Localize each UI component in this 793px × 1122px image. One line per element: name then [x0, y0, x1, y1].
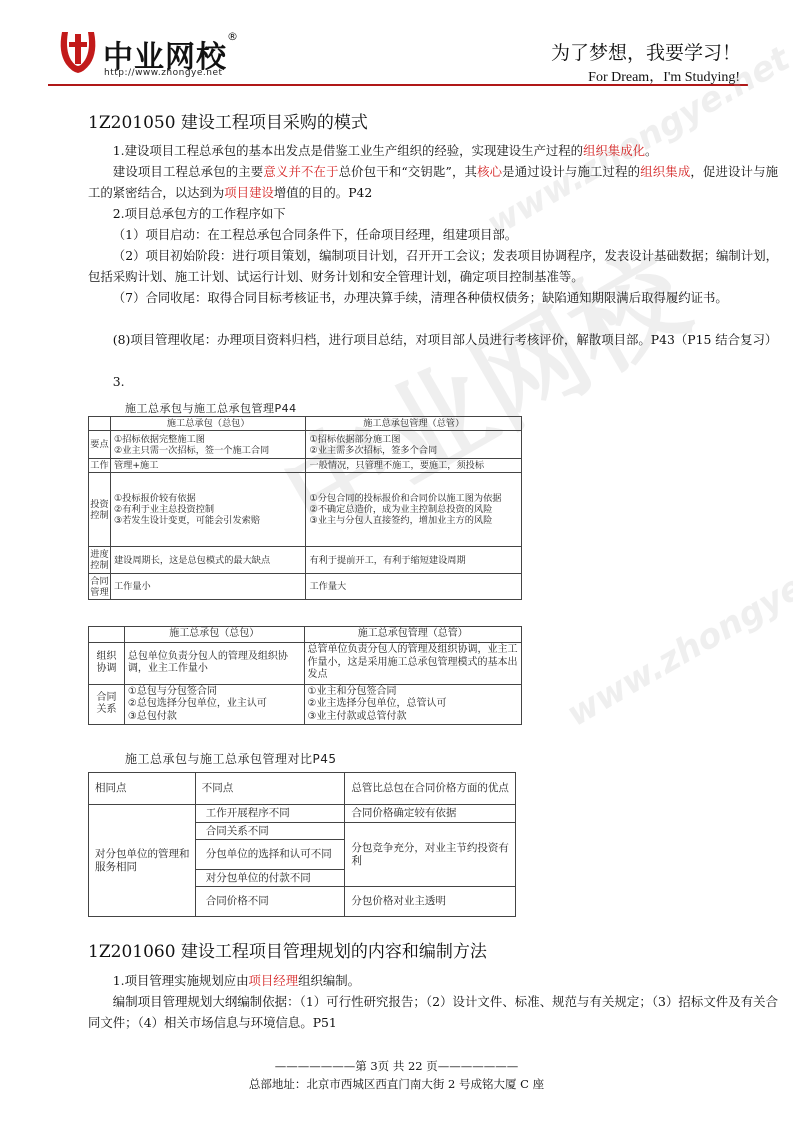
table-cell: 总包单位负责分包人的管理及组织协调，业主工作量小	[124, 642, 304, 684]
row-label: 投资 控制	[89, 473, 111, 547]
difference-cell: 合同价格不同	[195, 887, 345, 917]
column-header: 总管比总包在合同价格方面的优点	[345, 773, 516, 805]
difference-cell: 工作开展程序不同	[195, 805, 345, 823]
table-row: 合同 管理 工作量小 工作量大	[89, 574, 522, 600]
table-cell: 有利于提前开工，有利于缩短建设周期	[306, 547, 522, 574]
highlight-text: 核心	[477, 164, 502, 179]
table-cell: ①分包合同的投标报价和合同价以施工图为依据 ②不确定总造价，成为业主控制总投资的…	[306, 473, 522, 547]
table-cell: ①投标报价较有依据 ②有利于业主总投资控制 ③若发生设计变更，可能会引发索赔	[110, 473, 306, 547]
highlight-text: 项目经理	[249, 973, 299, 988]
highlight-text: 组织集成	[640, 164, 690, 179]
table-row: 工作 管理+施工 一般情况，只管理不施工，要施工，须投标	[89, 459, 522, 473]
paragraph-3: 2.项目总承包方的工作程序如下	[88, 203, 778, 224]
difference-cell: 合同关系不同	[195, 823, 345, 840]
table-header-row: 施工总承包（总包） 施工总承包管理（总管）	[89, 417, 522, 431]
table-row: 对分包单位的管理和服务相同 工作开展程序不同 合同价格确定较有依据	[89, 805, 516, 823]
paragraph-2: 建设项目工程总承包的主要意义并不在于总价包干和“交钥匙”，其核心是通过设计与施工…	[88, 161, 778, 203]
table3-title: 施工总承包与施工总承包管理对比P45	[125, 750, 337, 767]
section-title-1z201050: 1Z201050 建设工程项目采购的模式	[88, 108, 368, 133]
table-cell: 一般情况，只管理不施工，要施工，须投标	[306, 459, 522, 473]
table-cell: ①业主和分包签合同 ②业主选择分包单位，总管认可 ③业主付款或总管付款	[304, 684, 522, 725]
section-title-1z201060: 1Z201060 建设工程项目管理规划的内容和编制方法	[88, 937, 487, 962]
advantage-cell: 分包价格对业主透明	[345, 887, 516, 917]
page-number: ———————第 3页 共 22 页———————	[0, 1058, 793, 1074]
column-header: 相同点	[89, 773, 196, 805]
highlight-text: 项目建设	[224, 185, 274, 200]
paragraph-5: （2）项目初始阶段：进行项目策划，编制项目计划，召开开工会议；发表项目协调程序，…	[88, 245, 778, 287]
table-header-row: 施工总承包（总包） 施工总承包管理（总管）	[89, 627, 522, 643]
table-cell: 总管单位负责分包人的管理及组织协调，业主工作量小，这是采用施工总承包管理模式的基…	[304, 642, 522, 684]
row-label: 合同 管理	[89, 574, 111, 600]
table-cell: ①招标依据部分施工图 ②业主需多次招标，签多个合同	[306, 431, 522, 459]
table-row: 合同 关系 ①总包与分包签合同 ②总包选择分包单位，业主认可 ③总包付款 ①业主…	[89, 684, 522, 725]
table-row: 要点 ①招标依据完整施工图 ②业主只需一次招标，签一个施工合同 ①招标依据部分施…	[89, 431, 522, 459]
table-cell: ①总包与分包签合同 ②总包选择分包单位，业主认可 ③总包付款	[124, 684, 304, 725]
table-header-row: 相同点 不同点 总管比总包在合同价格方面的优点	[89, 773, 516, 805]
column-header: 施工总承包（总包）	[110, 417, 306, 431]
advantage-cell: 分包竞争充分，对业主节约投资有利	[345, 823, 516, 887]
table1-title: 施工总承包与施工总承包管理P44	[125, 400, 297, 416]
column-header: 施工总承包管理（总管）	[306, 417, 522, 431]
paragraph-4: （1）项目启动：在工程总承包合同条件下，任命项目经理，组建项目部。	[88, 224, 778, 245]
column-header: 施工总承包（总包）	[124, 627, 304, 643]
table-cell: ①招标依据完整施工图 ②业主只需一次招标，签一个施工合同	[110, 431, 306, 459]
column-header: 不同点	[195, 773, 345, 805]
column-header: 施工总承包管理（总管）	[304, 627, 522, 643]
logo-icon	[58, 30, 98, 74]
advantage-cell: 合同价格确定较有依据	[345, 805, 516, 823]
difference-cell: 对分包单位的付款不同	[195, 870, 345, 887]
row-label: 进度 控制	[89, 547, 111, 574]
paragraph-7: (8)项目管理收尾：办理项目资料归档，进行项目总结，对项目部人员进行考核评价，解…	[88, 329, 778, 350]
paragraph-9: 1.项目管理实施规划应由项目经理组织编制。	[88, 970, 778, 991]
table-coordination-contract: 施工总承包（总包） 施工总承包管理（总管） 组织 协调 总包单位负责分包人的管理…	[88, 626, 522, 725]
table-row: 进度 控制 建设周期长，这是总包模式的最大缺点 有利于提前开工，有利于缩短建设周…	[89, 547, 522, 574]
paragraph-8: 3.	[88, 371, 778, 392]
row-label: 合同 关系	[89, 684, 125, 725]
table-row: 投资 控制 ①投标报价较有依据 ②有利于业主总投资控制 ③若发生设计变更，可能会…	[89, 473, 522, 547]
table-cell: 工作量小	[110, 574, 306, 600]
paragraph-1: 1.建设项目工程总承包的基本出发点是借鉴工业生产组织的经验，实现建设生产过程的组…	[88, 140, 778, 161]
table-cell: 工作量大	[306, 574, 522, 600]
difference-cell: 分包单位的选择和认可不同	[195, 840, 345, 870]
header-divider	[48, 84, 748, 86]
paragraph-10: 编制项目管理规划大纲编制依据：（1）可行性研究报告；（2）设计文件、标准、规范与…	[88, 991, 778, 1033]
paragraph-6: （7）合同收尾：取得合同目标考核证书，办理决算手续，清理各种债权债务；缺陷通知期…	[88, 287, 778, 308]
table-comparison-p45: 相同点 不同点 总管比总包在合同价格方面的优点 对分包单位的管理和服务相同 工作…	[88, 772, 516, 917]
table-cell: 管理+施工	[110, 459, 306, 473]
row-label: 工作	[89, 459, 111, 473]
same-point-cell: 对分包单位的管理和服务相同	[89, 805, 196, 917]
table-cell: 建设周期长，这是总包模式的最大缺点	[110, 547, 306, 574]
logo-url: http://www.zhongye.net	[104, 68, 223, 78]
table-row: 组织 协调 总包单位负责分包人的管理及组织协调，业主工作量小 总管单位负责分包人…	[89, 642, 522, 684]
slogan-chinese: 为了梦想，我要学习！	[551, 38, 741, 65]
slogan-english: For Dream，I'm Studying!	[588, 66, 740, 86]
highlight-text: 意义并不在于	[263, 164, 338, 179]
footer-address: 总部地址：北京市西城区西直门南大街 2 号成铭大厦 C 座	[0, 1076, 793, 1092]
highlight-text: 组织集成化	[583, 143, 645, 158]
table-general-contract-comparison: 施工总承包（总包） 施工总承包管理（总管） 要点 ①招标依据完整施工图 ②业主只…	[88, 416, 522, 600]
watermark-url-2: www.zhongye.net	[560, 529, 793, 735]
row-label: 要点	[89, 431, 111, 459]
row-label: 组织 协调	[89, 642, 125, 684]
